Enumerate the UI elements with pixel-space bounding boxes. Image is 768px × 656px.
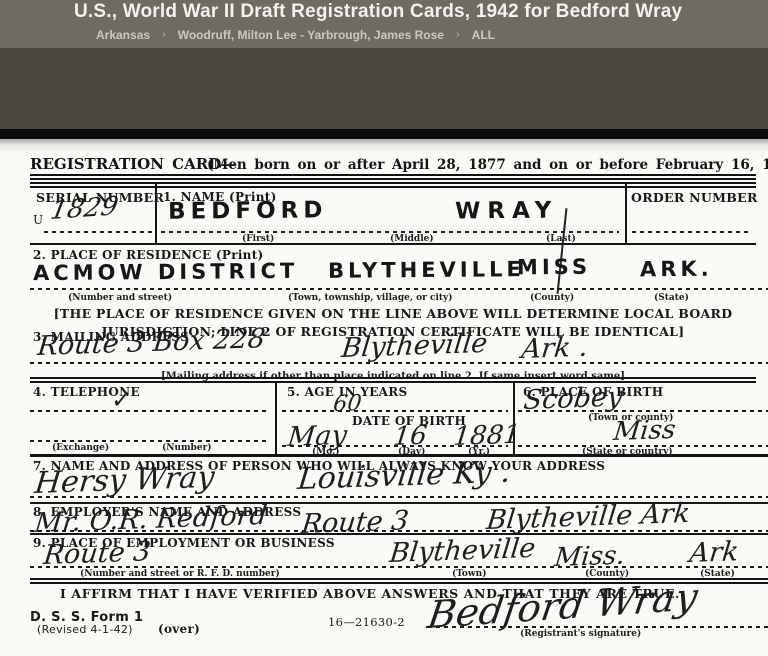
over-label: (over) <box>158 622 200 636</box>
dotted-line <box>30 362 768 364</box>
residence-town-hand: BLYTHEVILLE <box>328 257 525 283</box>
rule <box>625 183 627 244</box>
breadcrumb-item-arkansas[interactable]: Arkansas <box>96 28 150 42</box>
rule <box>30 377 756 383</box>
birth-state-hand: Miss <box>612 415 677 447</box>
card-heading: REGISTRATION CARD— <box>30 155 236 173</box>
breadcrumb-item-range[interactable]: Woodruff, Milton Lee - Yarbrough, James … <box>178 28 444 42</box>
card-heading-paren: (Men born on or after April 28, 1877 and… <box>207 157 768 173</box>
rule <box>30 174 756 180</box>
name-last-hand: WRAY <box>455 198 559 225</box>
serial-value-hand: 1829 <box>48 191 121 226</box>
contact-name-hand: Hersy Wray <box>33 460 216 501</box>
sub-state: (State) <box>654 293 689 303</box>
sub-registrant-signature: (Registrant's signature) <box>520 629 641 639</box>
sub-exchange: (Exchange) <box>52 443 109 453</box>
rule <box>275 382 277 454</box>
chevron-right-icon: › <box>162 29 166 41</box>
name-first-hand: BEDFORD <box>168 197 328 224</box>
rule <box>30 454 768 457</box>
dotted-line <box>44 231 152 233</box>
breadcrumb: Arkansas › Woodruff, Milton Lee - Yarbro… <box>96 28 495 42</box>
sub-last: (Last) <box>546 234 576 244</box>
dotted-line <box>282 410 508 412</box>
dotted-line <box>30 566 768 568</box>
page-title: U.S., World War II Draft Registration Ca… <box>74 1 682 23</box>
rule <box>30 182 756 188</box>
sub-county: (County) <box>530 293 574 303</box>
viewer-background <box>0 48 768 129</box>
dotted-line <box>30 530 768 532</box>
sub-middle: (Middle) <box>390 234 434 244</box>
serial-prefix-hand: U <box>33 213 43 227</box>
employment-town-hand: Blytheville <box>388 533 537 569</box>
mailing-town-hand: Blytheville <box>340 328 489 364</box>
residence-state-hand: ARK. <box>640 257 713 282</box>
residence-street-hand: ACMOW DISTRICT <box>33 259 299 285</box>
employment-state-hand: Ark <box>688 536 740 569</box>
form-revised: (Revised 4-1-42) <box>37 623 133 636</box>
dotted-line <box>30 410 270 412</box>
dotted-line <box>30 440 270 442</box>
scan-edge <box>0 129 768 139</box>
order-number-label: ORDER NUMBER <box>631 190 758 205</box>
mailing-state-hand: Ark . <box>520 332 589 365</box>
sub-town: (Town, township, village, or city) <box>288 293 453 303</box>
dotted-line <box>161 231 619 233</box>
residence-county-hand: MISS <box>517 255 591 280</box>
sub-number-street: (Number and street) <box>68 293 172 303</box>
sub-first: (First) <box>242 234 274 244</box>
breadcrumb-item-all[interactable]: ALL <box>472 28 495 42</box>
residence-notice-line1: [THE PLACE OF RESIDENCE GIVEN ON THE LIN… <box>54 306 733 321</box>
dotted-line <box>632 231 750 233</box>
sub-number: (Number) <box>162 443 212 453</box>
rule <box>30 533 768 535</box>
print-code: 16—21630-2 <box>328 615 405 629</box>
dotted-line <box>30 496 768 498</box>
chevron-right-icon: › <box>456 29 460 41</box>
dotted-line <box>518 410 768 412</box>
dotted-line <box>30 288 768 290</box>
